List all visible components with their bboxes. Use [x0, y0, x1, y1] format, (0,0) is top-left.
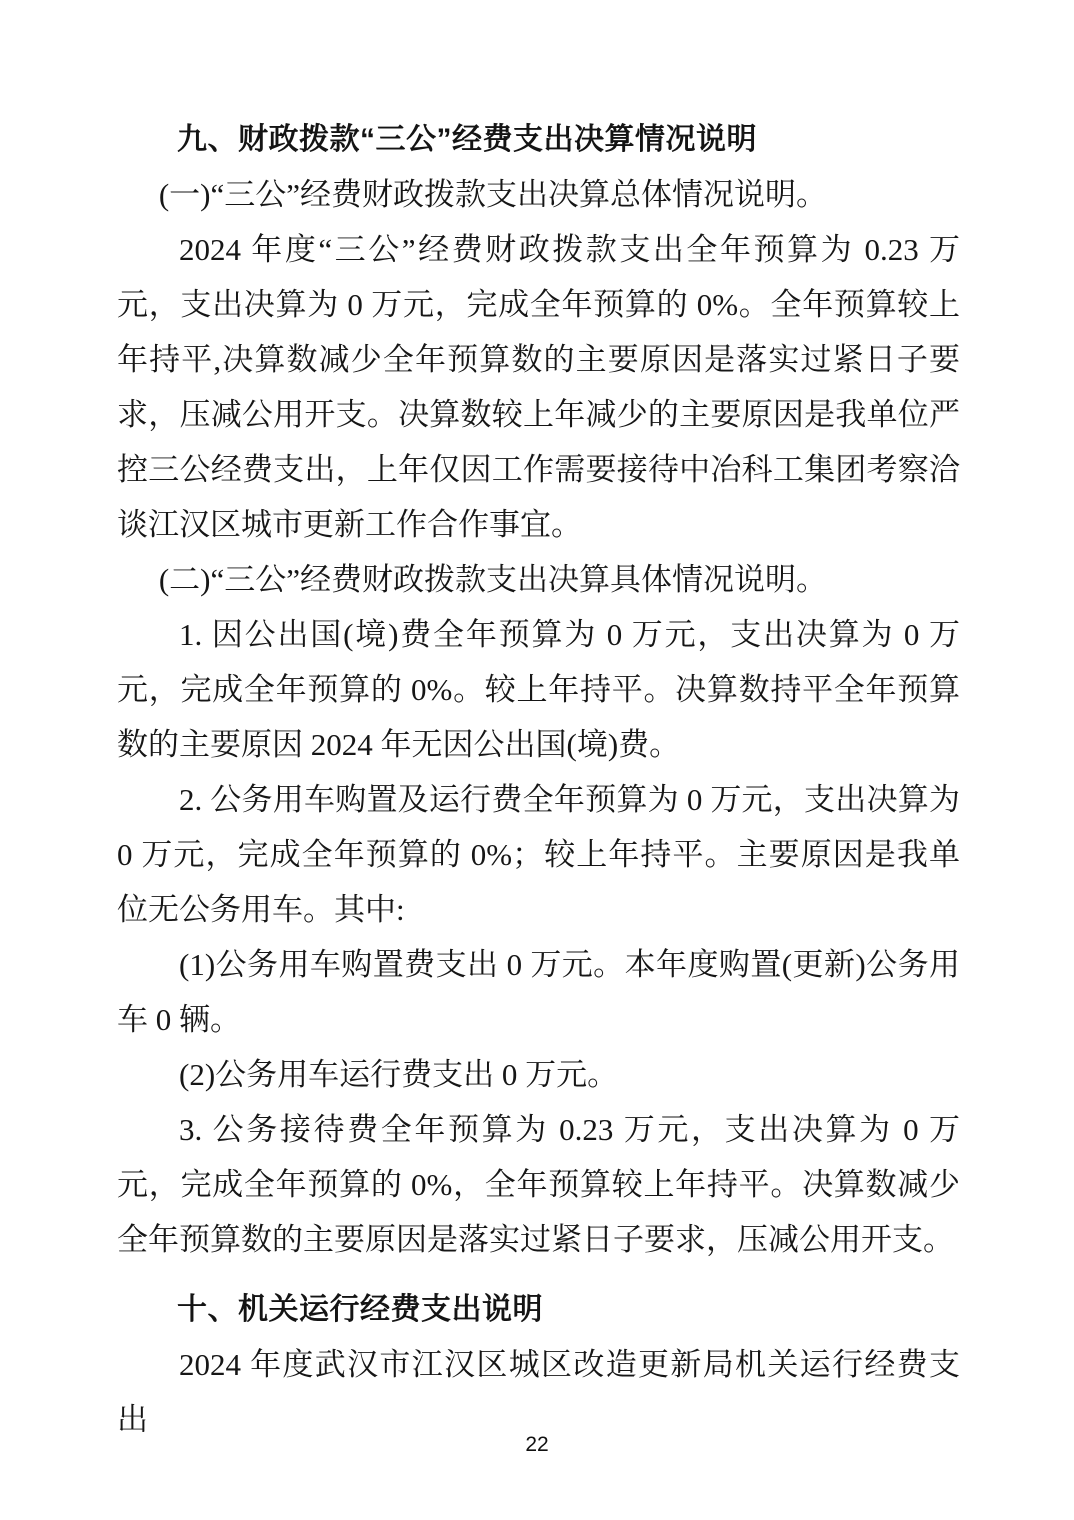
section-10-heading: 十、机关运行经费支出说明	[117, 1282, 960, 1337]
paragraph-section10-intro: 2024 年度武汉市江汉区城区改造更新局机关运行经费支出	[117, 1337, 960, 1447]
document-page: 九、财政拨款“三公”经费支出决算情况说明 (一)“三公”经费财政拨款支出决算总体…	[0, 0, 1074, 1520]
paragraph-item2-1-vehicle-purchase: (1)公务用车购置费支出 0 万元。本年度购置(更新)公务用车 0 辆。	[117, 937, 960, 1047]
paragraph-overall-situation: 2024 年度“三公”经费财政拨款支出全年预算为 0.23 万元，支出决算为 0…	[117, 222, 960, 552]
section-9-heading: 九、财政拨款“三公”经费支出决算情况说明	[117, 112, 960, 167]
paragraph-item2-vehicle-expense: 2. 公务用车购置及运行费全年预算为 0 万元，支出决算为 0 万元，完成全年预…	[117, 772, 960, 937]
subsection-2-heading: (二)“三公”经费财政拨款支出决算具体情况说明。	[117, 552, 960, 607]
paragraph-item3-reception-expense: 3. 公务接待费全年预算为 0.23 万元，支出决算为 0 万元，完成全年预算的…	[117, 1102, 960, 1267]
paragraph-item2-2-vehicle-operation: (2)公务用车运行费支出 0 万元。	[117, 1047, 960, 1102]
subsection-1-heading: (一)“三公”经费财政拨款支出决算总体情况说明。	[117, 167, 960, 222]
paragraph-item1-abroad-expense: 1. 因公出国(境)费全年预算为 0 万元，支出决算为 0 万元，完成全年预算的…	[117, 607, 960, 772]
page-number: 22	[0, 1433, 1074, 1457]
